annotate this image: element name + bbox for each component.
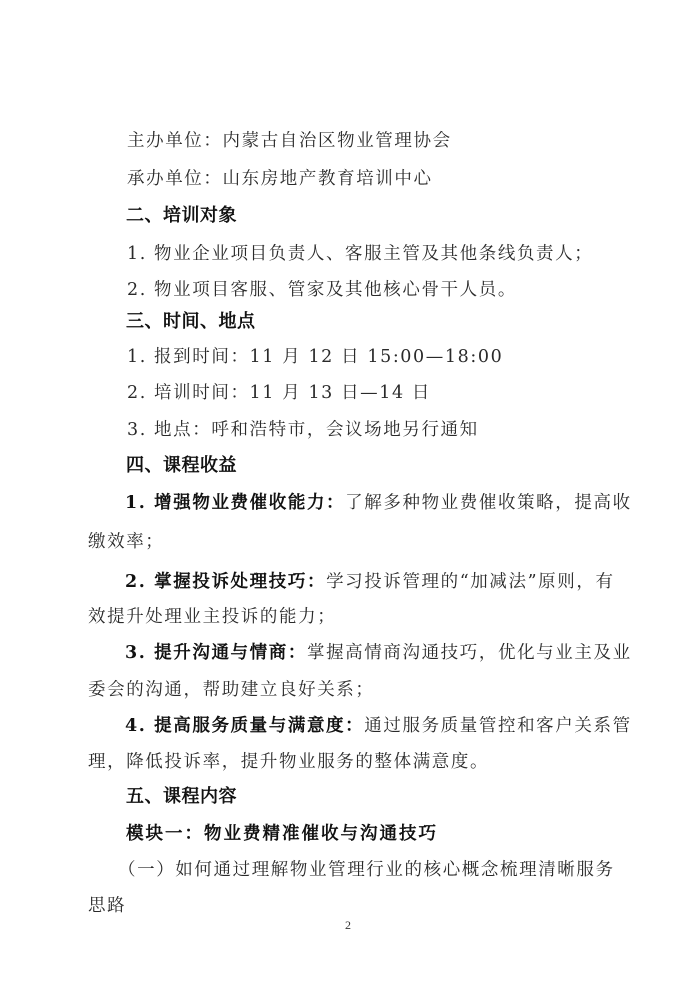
module-1-title: 模块一：物业费精准催收与沟通技巧 xyxy=(126,823,438,845)
benefit-2-line-2: 效提升处理业主投诉的能力； xyxy=(88,606,336,628)
benefit-1-lead: 1. 增强物业费催收能力： xyxy=(125,493,345,513)
benefit-2-line-1: 2. 掌握投诉处理技巧：学习投诉管理的“加减法”原则，有 xyxy=(125,571,606,593)
benefit-4-line-2: 理，降低投诉率，提升物业服务的整体满意度。 xyxy=(88,751,489,773)
page-number: 2 xyxy=(345,918,351,933)
benefit-1-line-1: 1. 增强物业费催收能力：了解多种物业费催收策略，提高收 xyxy=(125,492,606,514)
benefit-4-lead: 4. 提高服务质量与满意度： xyxy=(125,716,364,736)
benefit-2-text: 学习投诉管理的“加减法”原则，有 xyxy=(326,572,615,592)
module-1-item-1-line-2: 思路 xyxy=(88,895,126,917)
trainee-item-1: 1. 物业企业项目负责人、客服主管及其他条线负责人； xyxy=(127,243,593,265)
training-time: 2. 培训时间：11 月 13 日—14 日 xyxy=(127,382,431,404)
host-organizer: 主办单位：内蒙古自治区物业管理协会 xyxy=(127,130,452,152)
module-1-item-1-line-1: （一）如何通过理解物业管理行业的核心概念梳理清晰服务 xyxy=(118,859,606,881)
benefit-1-line-2: 缴效率； xyxy=(88,531,164,553)
benefit-4-line-1: 4. 提高服务质量与满意度：通过服务质量管控和客户关系管 xyxy=(125,715,606,737)
trainee-item-2: 2. 物业项目客服、管家及其他核心骨干人员。 xyxy=(127,279,517,301)
benefit-3-line-2: 委会的沟通，帮助建立良好关系； xyxy=(88,679,375,701)
checkin-time: 1. 报到时间：11 月 12 日 15:00—18:00 xyxy=(127,346,503,368)
benefit-2-lead: 2. 掌握投诉处理技巧： xyxy=(125,572,326,592)
benefit-3-line-1: 3. 提升沟通与情商：掌握高情商沟通技巧，优化与业主及业 xyxy=(125,642,606,664)
benefit-3-text: 掌握高情商沟通技巧，优化与业主及业 xyxy=(307,643,632,663)
section-heading-benefits: 四、课程收益 xyxy=(126,455,237,477)
section-heading-trainees: 二、培训对象 xyxy=(126,205,237,227)
training-location: 3. 地点：呼和浩特市，会议场地另行通知 xyxy=(127,419,479,441)
section-heading-time-place: 三、时间、地点 xyxy=(126,311,256,333)
document-page: 主办单位：内蒙古自治区物业管理协会 承办单位：山东房地产教育培训中心 二、培训对… xyxy=(0,0,700,990)
section-heading-course-content: 五、课程内容 xyxy=(126,786,237,808)
benefit-1-text: 了解多种物业费催收策略，提高收 xyxy=(345,493,632,513)
benefit-4-text: 通过服务质量管控和客户关系管 xyxy=(364,716,631,736)
benefit-3-lead: 3. 提升沟通与情商： xyxy=(125,643,307,663)
undertaking-organizer: 承办单位：山东房地产教育培训中心 xyxy=(127,168,433,190)
